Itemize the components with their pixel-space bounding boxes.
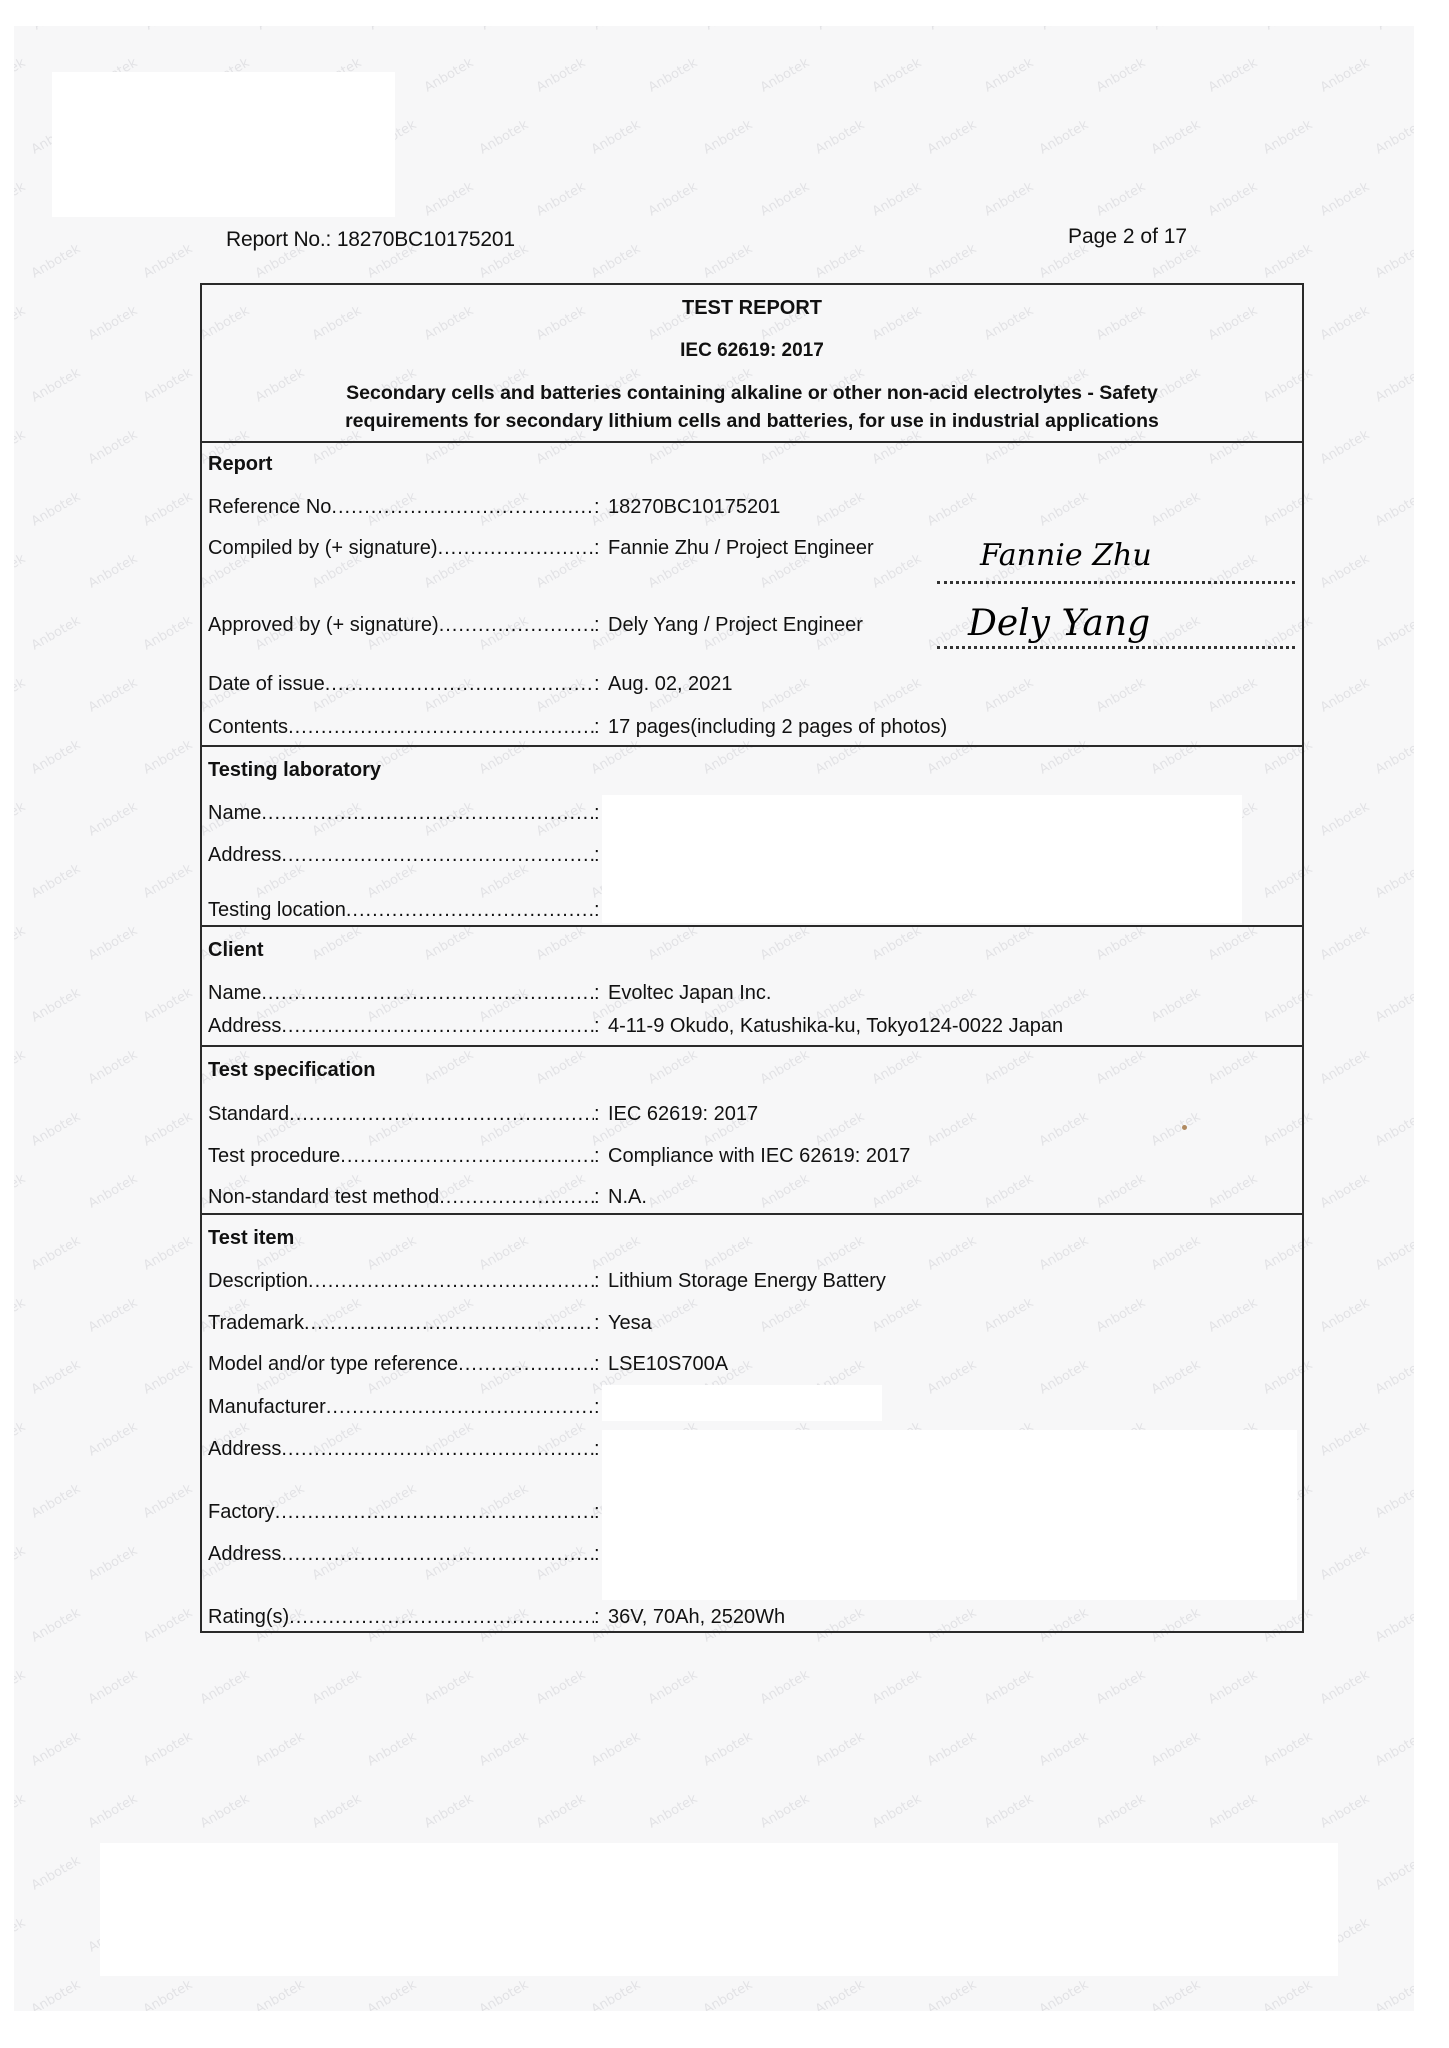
- leader-dots: ........................................…: [438, 537, 594, 559]
- signature-line-compiled: [937, 581, 1295, 584]
- section-title: Test item: [208, 1227, 294, 1250]
- field-label-text: Manufacturer: [208, 1396, 326, 1418]
- field-label-text: Description: [208, 1270, 308, 1292]
- field-row: Compiled by (+ signature)...............…: [208, 537, 874, 560]
- field-row: Address.................................…: [208, 1015, 1063, 1038]
- leader-dots: ........................................…: [289, 1103, 594, 1125]
- field-label: Reference No............................…: [208, 496, 594, 519]
- field-value: IEC 62619: 2017: [608, 1103, 758, 1126]
- field-value: Compliance with IEC 62619: 2017: [608, 1145, 910, 1168]
- field-label: Testing location........................…: [208, 899, 594, 922]
- field-row: Name....................................…: [208, 982, 771, 1005]
- field-label-text: Compiled by (+ signature): [208, 537, 438, 559]
- field-label: Compiled by (+ signature)...............…: [208, 537, 594, 560]
- field-value: Dely Yang / Project Engineer: [608, 614, 863, 637]
- field-colon: :: [594, 982, 608, 1005]
- report-title: TEST REPORT: [202, 297, 1302, 320]
- scan-speck: [1182, 1125, 1187, 1130]
- section-test-item: Test item Description...................…: [202, 1215, 1302, 1633]
- leader-dots: ........................................…: [308, 1270, 594, 1292]
- field-value: Evoltec Japan Inc.: [608, 982, 771, 1005]
- field-colon: :: [594, 537, 608, 560]
- field-label-text: Non-standard test method: [208, 1186, 439, 1208]
- field-colon: :: [594, 1186, 608, 1209]
- field-row: Non-standard test method................…: [208, 1186, 647, 1209]
- field-label: Factory.................................…: [208, 1501, 594, 1524]
- leader-dots: ........................................…: [281, 1543, 594, 1565]
- field-colon: :: [594, 673, 608, 696]
- section-client: Client Name.............................…: [202, 927, 1302, 1047]
- field-label: Date of issue...........................…: [208, 673, 594, 696]
- section-testing-laboratory: Testing laboratory Name.................…: [202, 747, 1302, 927]
- redacted-lab-info: [602, 795, 1242, 923]
- field-label: Trademark...............................…: [208, 1312, 594, 1335]
- leader-dots: ........................................…: [289, 1606, 594, 1628]
- section-title: Testing laboratory: [208, 759, 381, 782]
- field-value: Lithium Storage Energy Battery: [608, 1270, 886, 1293]
- field-row: Description.............................…: [208, 1270, 886, 1293]
- signature-approved: Dely Yang: [968, 603, 1150, 644]
- field-label: Approved by (+ signature)...............…: [208, 614, 594, 637]
- section-title: Report: [208, 453, 272, 476]
- field-label-text: Contents: [208, 716, 288, 738]
- field-value: 18270BC10175201: [608, 496, 780, 519]
- field-label-text: Test procedure: [208, 1145, 340, 1167]
- field-row: Manufacturer............................…: [208, 1396, 608, 1419]
- field-row: Address.................................…: [208, 1543, 608, 1566]
- field-label: Non-standard test method................…: [208, 1186, 594, 1209]
- field-value: Aug. 02, 2021: [608, 673, 733, 696]
- field-colon: :: [594, 1312, 608, 1335]
- field-row: Trademark...............................…: [208, 1312, 652, 1335]
- section-title: Test specification: [208, 1059, 375, 1082]
- page-indicator: Page 2 of 17: [1068, 225, 1187, 249]
- field-colon: :: [594, 1103, 608, 1126]
- report-number: Report No.: 18270BC10175201: [226, 228, 515, 252]
- field-label: Description.............................…: [208, 1270, 594, 1293]
- field-row: Rating(s)...............................…: [208, 1606, 785, 1629]
- leader-dots: ........................................…: [261, 982, 594, 1004]
- field-row: Name....................................…: [208, 802, 608, 825]
- field-label: Address.................................…: [208, 1015, 594, 1038]
- leader-dots: ........................................…: [261, 802, 594, 824]
- field-label-text: Approved by (+ signature): [208, 614, 439, 636]
- field-row: Standard................................…: [208, 1103, 758, 1126]
- field-label: Address.................................…: [208, 844, 594, 867]
- field-row: Model and/or type reference.............…: [208, 1353, 728, 1376]
- leader-dots: ........................................…: [281, 1438, 594, 1460]
- field-label-text: Trademark: [208, 1312, 304, 1334]
- field-label: Address.................................…: [208, 1543, 594, 1566]
- report-table: TEST REPORT IEC 62619: 2017 Secondary ce…: [200, 283, 1304, 1633]
- field-value: N.A.: [608, 1186, 647, 1209]
- signature-compiled: Fannie Zhu: [980, 538, 1152, 573]
- leader-dots: ........................................…: [458, 1353, 594, 1375]
- field-row: Testing location........................…: [208, 899, 608, 922]
- field-row: Date of issue...........................…: [208, 673, 733, 696]
- redacted-footer-area: [100, 1843, 1338, 1976]
- field-colon: :: [594, 1145, 608, 1168]
- field-label-text: Testing location: [208, 899, 346, 921]
- field-colon: :: [594, 1606, 608, 1629]
- field-row: Address.................................…: [208, 844, 608, 867]
- subtitle-line-2: requirements for secondary lithium cells…: [202, 407, 1302, 435]
- leader-dots: ........................................…: [346, 899, 594, 921]
- section-report: Report Reference No.....................…: [202, 443, 1302, 747]
- field-label-text: Address: [208, 844, 281, 866]
- redacted-manufacturer: [602, 1385, 882, 1421]
- field-label-text: Reference No: [208, 496, 331, 518]
- field-label: Rating(s)...............................…: [208, 1606, 594, 1629]
- field-row: Test procedure..........................…: [208, 1145, 910, 1168]
- leader-dots: ........................................…: [439, 614, 594, 636]
- field-value: 4-11-9 Okudo, Katushika-ku, Tokyo124-002…: [608, 1015, 1063, 1038]
- field-colon: :: [594, 496, 608, 519]
- field-label: Standard................................…: [208, 1103, 594, 1126]
- field-label-text: Name: [208, 982, 261, 1004]
- field-colon: :: [594, 1270, 608, 1293]
- field-colon: :: [594, 1353, 608, 1376]
- field-label-text: Address: [208, 1543, 281, 1565]
- title-block: TEST REPORT IEC 62619: 2017 Secondary ce…: [202, 285, 1302, 443]
- field-row: Approved by (+ signature)...............…: [208, 614, 863, 637]
- subtitle-line-1: Secondary cells and batteries containing…: [202, 379, 1302, 407]
- field-row: Factory.................................…: [208, 1501, 608, 1524]
- field-label: Contents................................…: [208, 716, 594, 739]
- field-label-text: Name: [208, 802, 261, 824]
- leader-dots: ........................................…: [281, 844, 594, 866]
- field-label-text: Rating(s): [208, 1606, 289, 1628]
- standard-subtitle: Secondary cells and batteries containing…: [202, 379, 1302, 435]
- field-value: LSE10S700A: [608, 1353, 728, 1376]
- field-label-text: Address: [208, 1438, 281, 1460]
- field-value: 17 pages(including 2 pages of photos): [608, 716, 947, 739]
- leader-dots: ........................................…: [439, 1186, 594, 1208]
- field-label-text: Date of issue: [208, 673, 325, 695]
- redacted-logo-area: [52, 72, 395, 217]
- leader-dots: ........................................…: [340, 1145, 594, 1167]
- field-colon: :: [594, 1015, 608, 1038]
- standard-title: IEC 62619: 2017: [202, 340, 1302, 362]
- leader-dots: ........................................…: [325, 673, 594, 695]
- field-label-text: Address: [208, 1015, 281, 1037]
- section-test-specification: Test specification Standard.............…: [202, 1047, 1302, 1215]
- field-label: Manufacturer............................…: [208, 1396, 594, 1419]
- field-value: Fannie Zhu / Project Engineer: [608, 537, 874, 560]
- leader-dots: ........................................…: [281, 1015, 594, 1037]
- redacted-manufacturer-factory-address: [602, 1430, 1297, 1600]
- leader-dots: ........................................…: [304, 1312, 594, 1334]
- leader-dots: ........................................…: [326, 1396, 594, 1418]
- leader-dots: ........................................…: [288, 716, 594, 738]
- signature-line-approved: [937, 646, 1295, 649]
- field-row: Address.................................…: [208, 1438, 608, 1461]
- section-title: Client: [208, 939, 264, 962]
- field-label: Address.................................…: [208, 1438, 594, 1461]
- field-label-text: Standard: [208, 1103, 289, 1125]
- field-row: Reference No............................…: [208, 496, 780, 519]
- field-value: 36V, 70Ah, 2520Wh: [608, 1606, 785, 1629]
- field-label-text: Factory: [208, 1501, 275, 1523]
- field-row: Contents................................…: [208, 716, 947, 739]
- leader-dots: ........................................…: [331, 496, 594, 518]
- field-label: Name....................................…: [208, 802, 594, 825]
- field-label: Name....................................…: [208, 982, 594, 1005]
- field-label-text: Model and/or type reference: [208, 1353, 458, 1375]
- field-colon: :: [594, 716, 608, 739]
- leader-dots: ........................................…: [275, 1501, 594, 1523]
- field-colon: :: [594, 614, 608, 637]
- field-label: Test procedure..........................…: [208, 1145, 594, 1168]
- field-label: Model and/or type reference.............…: [208, 1353, 594, 1376]
- field-value: Yesa: [608, 1312, 652, 1335]
